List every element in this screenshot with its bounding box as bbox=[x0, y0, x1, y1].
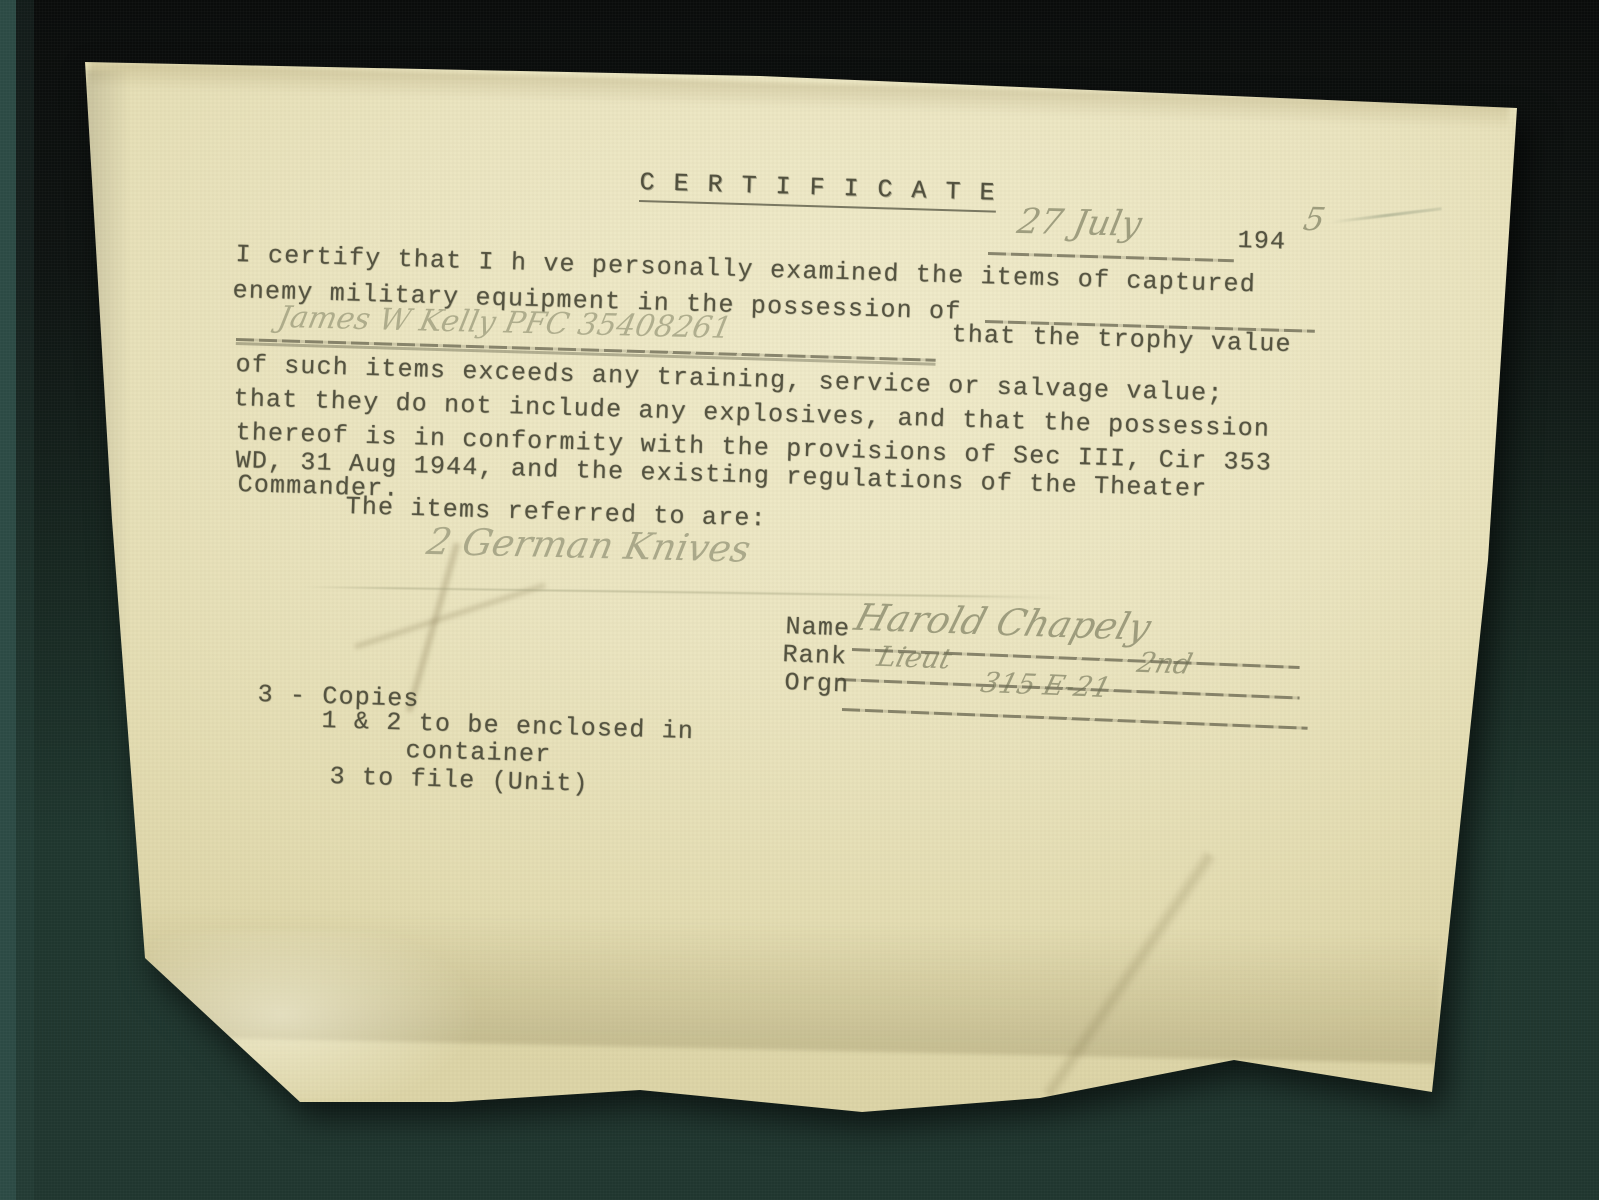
orgn-label: Orgn bbox=[784, 668, 850, 699]
left-edge-shadow bbox=[86, 70, 130, 950]
handwritten-orgn-entry: 315 E-21 bbox=[978, 666, 1115, 704]
handwritten-date: 27 July bbox=[1014, 202, 1145, 245]
photo-of-certificate: C E R T I F I C A T E 194 27 July 5 I ce… bbox=[0, 0, 1599, 1200]
pencil-flourish-mark bbox=[1330, 207, 1442, 224]
name-label: Name bbox=[785, 612, 851, 643]
bottom-left-fold-highlight bbox=[150, 930, 480, 1100]
top-edge-shadow bbox=[89, 62, 1509, 130]
certificate-paper: C E R T I F I C A T E 194 27 July 5 I ce… bbox=[0, 0, 1599, 1200]
handwritten-rank-entry-right: 2nd bbox=[1134, 646, 1196, 681]
date-blank-underline bbox=[988, 252, 1234, 262]
typed-year-prefix: 194 bbox=[1237, 226, 1286, 256]
body-line-3: that the trophy value bbox=[951, 320, 1292, 359]
items-pencil-line bbox=[305, 586, 1065, 599]
handwritten-year-digit: 5 bbox=[1300, 200, 1328, 238]
bottom-fold-band bbox=[139, 906, 1441, 1063]
handwritten-rank-entry: Lieut bbox=[874, 640, 956, 675]
center-fold-crease-2 bbox=[354, 581, 547, 650]
certificate-title: C E R T I F I C A T E bbox=[639, 168, 997, 213]
right-diagonal-crease bbox=[1040, 850, 1217, 1100]
orgn-underline bbox=[842, 708, 1308, 730]
paper-shadow-wrap: C E R T I F I C A T E 194 27 July 5 I ce… bbox=[0, 0, 1599, 1200]
rank-label: Rank bbox=[782, 640, 848, 671]
handwritten-items-entry: 2 German Knives bbox=[423, 520, 754, 571]
